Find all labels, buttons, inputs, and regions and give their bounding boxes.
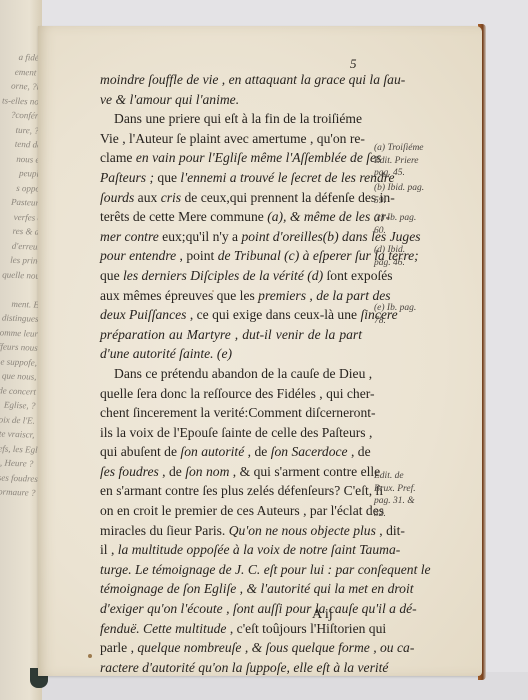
text-line: Dans ce prétendu abandon de la cauſe de … [100, 364, 362, 384]
left-page-text-fragments: a fidéle,ement ?eorne, ?lests-elles nous… [0, 49, 42, 500]
page-body-text: moindre ſouffle de vie , en attaquant la… [100, 70, 362, 677]
text-line: parle , quelque nombreuſe , & ſous quelq… [100, 638, 362, 658]
text-line: pour entendre , point de Tribunal (c) à … [100, 246, 362, 266]
text-line: turge. Le témoignage de J. C. eſt pour l… [100, 560, 362, 580]
text-line: témoignage de ſon Egliſe , & l'autorité … [100, 579, 362, 599]
margin-note: (b) Ibid. pag.59. [374, 182, 424, 207]
book-page: 5 moindre ſouffle de vie , en attaquant … [38, 26, 482, 676]
text-line: il , la multitude oppoſée à la voix de n… [100, 540, 362, 560]
text-line: ve & l'amour qui l'anime. [100, 90, 362, 110]
text-line: en s'armant contre ſes plus zelés défenſ… [100, 481, 362, 501]
text-line: d'une autorité ſainte. (e) [100, 344, 362, 364]
text-line: ſourds aux cris de ceux,qui prennent la … [100, 188, 362, 208]
margin-note: Edit. deBrux. Pref.pag. 31. &32. [374, 470, 416, 520]
text-line: miracles du ſieur Paris. Qu'on ne nous o… [100, 521, 362, 541]
text-line: Vie , l'Auteur ſe plaint avec amertume ,… [100, 129, 362, 149]
text-line: mer contre eux;qu'il n'y a point d'oreil… [100, 227, 362, 247]
margin-note: (a) TroiſiémeEdit. Prierepag. 45. [374, 142, 424, 180]
text-line: qui abuſent de ſon autorité , de ſon Sac… [100, 442, 362, 462]
text-line: chent ſincerement la verité:Comment diſc… [100, 403, 362, 423]
text-line: Paſteurs ; que l'ennemi a trouvé le ſecr… [100, 168, 362, 188]
margin-note: (d) Ibid.pag. 46. [374, 244, 405, 269]
text-line: ils la voix de l'Epouſe ſainte de celle … [100, 423, 362, 443]
text-line: on en croit le premier de ces Auteurs , … [100, 501, 362, 521]
signature-mark: A ij [312, 607, 333, 623]
margin-note: (c) Ib. pag.60. [374, 212, 416, 237]
foxing-spot [212, 290, 214, 292]
text-line: Dans une priere qui eſt à la fin de la t… [100, 109, 362, 129]
text-line: ſes foudres , de ſon nom , & qui s'armen… [100, 462, 362, 482]
text-line: clame en vain pour l'Egliſe même l'Aſſem… [100, 148, 362, 168]
margin-note: (e) Ib. pag.78. [374, 302, 416, 327]
text-line: que les derniers Diſciples de la vérité … [100, 266, 362, 286]
left-page-edge: a fidéle,ement ?eorne, ?lests-elles nous… [0, 0, 42, 700]
text-line: préparation au Martyre , dut-il venir de… [100, 325, 362, 345]
foxing-spot [88, 654, 92, 658]
text-line: ractere d'autorité qu'on la ſuppoſe, ell… [100, 658, 362, 678]
text-line: moindre ſouffle de vie , en attaquant la… [100, 70, 362, 90]
text-line: aux mêmes épreuves que les premiers , de… [100, 286, 362, 306]
text-line: quelle ſera donc la reſſource des Fidéle… [100, 384, 362, 404]
text-line: terêts de cette Mere commune (a), & même… [100, 207, 362, 227]
text-line: deux Puiſſances , ce qui exige dans ceux… [100, 305, 362, 325]
